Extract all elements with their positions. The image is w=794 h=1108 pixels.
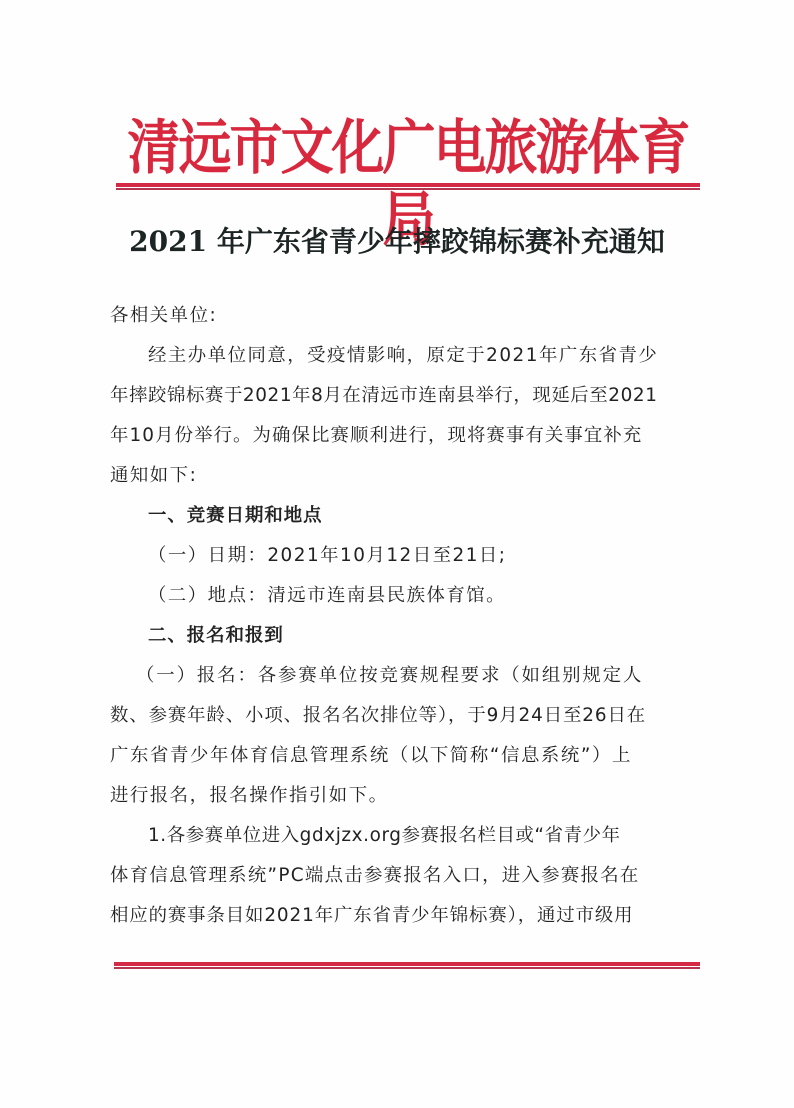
paragraph-line: 相应的赛事条目如2021年广东省青少年锦标赛），通过市级用 [110,896,695,936]
paragraph-line: 经主办单位同意，受疫情影响，原定于2021年广东省青少 [110,336,695,376]
document-title: 2021 年广东省青少年摔跤锦标赛补充通知 [0,222,794,262]
paragraph-line: （一）报名：各参赛单位按竞赛规程要求（如组别规定人 [110,656,695,696]
section-heading-2: 二、报名和报到 [110,616,695,656]
document-body: 各相关单位: 经主办单位同意，受疫情影响，原定于2021年广东省青少 年摔跤锦标… [110,296,695,936]
paragraph-line: 进行报名，报名操作指引如下。 [110,776,695,816]
list-item-venue: （二）地点：清远市连南县民族体育馆。 [110,576,695,616]
section-heading-1: 一、竞赛日期和地点 [110,496,695,536]
list-item-date: （一）日期：2021年10月12日至21日; [110,536,695,576]
footer-red-divider [114,962,700,969]
paragraph-line: 年10月份举行。为确保比赛顺利进行，现将赛事有关事宜补充 [110,416,695,456]
paragraph-line: 1.各参赛单位进入gdxjzx.org参赛报名栏目或“省青少年 [110,816,695,856]
paragraph-line: 通知如下: [110,456,695,496]
paragraph-line: 体育信息管理系统”PC端点击参赛报名入口，进入参赛报名在 [110,856,695,896]
paragraph-line: 年摔跤锦标赛于2021年8月在清远市连南县举行，现延后至2021 [110,376,695,416]
salutation: 各相关单位: [110,296,695,336]
paragraph-line: 广东省青少年体育信息管理系统（以下简称“信息系统”）上 [110,736,695,776]
letterhead-red-divider [116,183,700,190]
paragraph-line: 数、参赛年龄、小项、报名名次排位等），于9月24日至26日在 [110,696,695,736]
